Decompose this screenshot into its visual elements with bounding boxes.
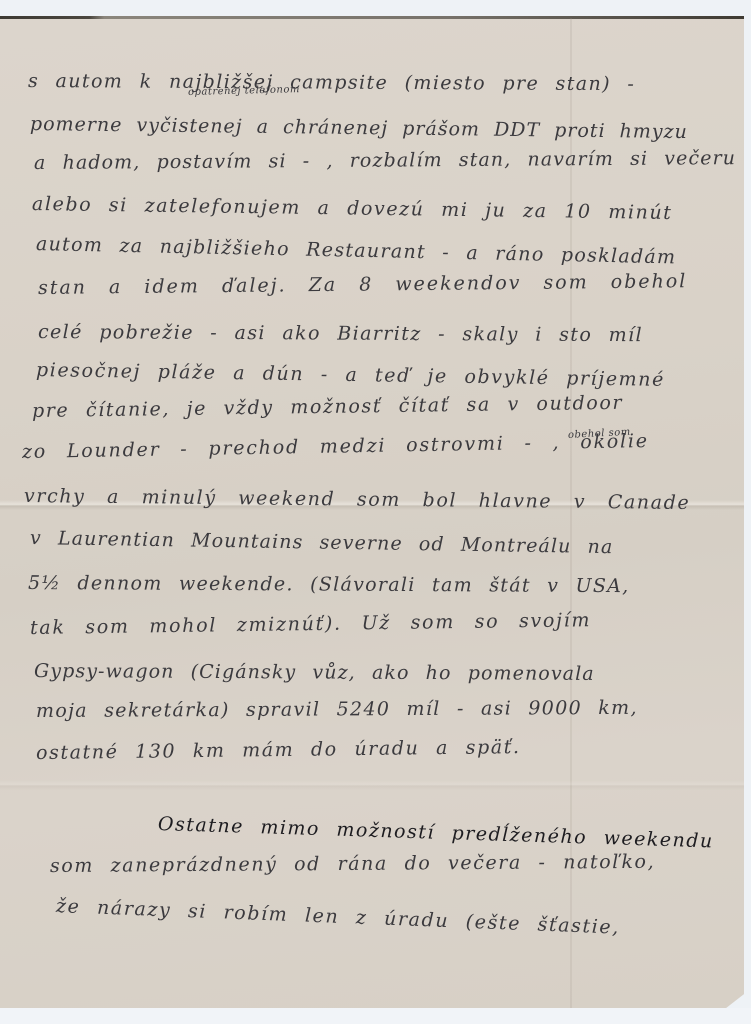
handwritten-line: Gypsy-wagon (Cigánsky vůz, ako ho pomeno…	[34, 660, 595, 685]
scan-background	[0, 1008, 751, 1024]
handwritten-line: s autom k najbližšej campsite (miesto pr…	[28, 70, 635, 95]
handwritten-line: som zaneprázdnený od rána do večera - na…	[50, 851, 655, 877]
handwritten-line: celé pobrežie - asi ako Biarritz - skaly…	[38, 321, 643, 346]
paper-crease	[0, 780, 744, 790]
paper-top-edge	[0, 16, 744, 19]
handwritten-line: moja sekretárka) spravil 5240 míl - asi …	[36, 697, 638, 722]
handwritten-line: 5½ dennom weekende. (Slávorali tam štát …	[28, 572, 630, 597]
